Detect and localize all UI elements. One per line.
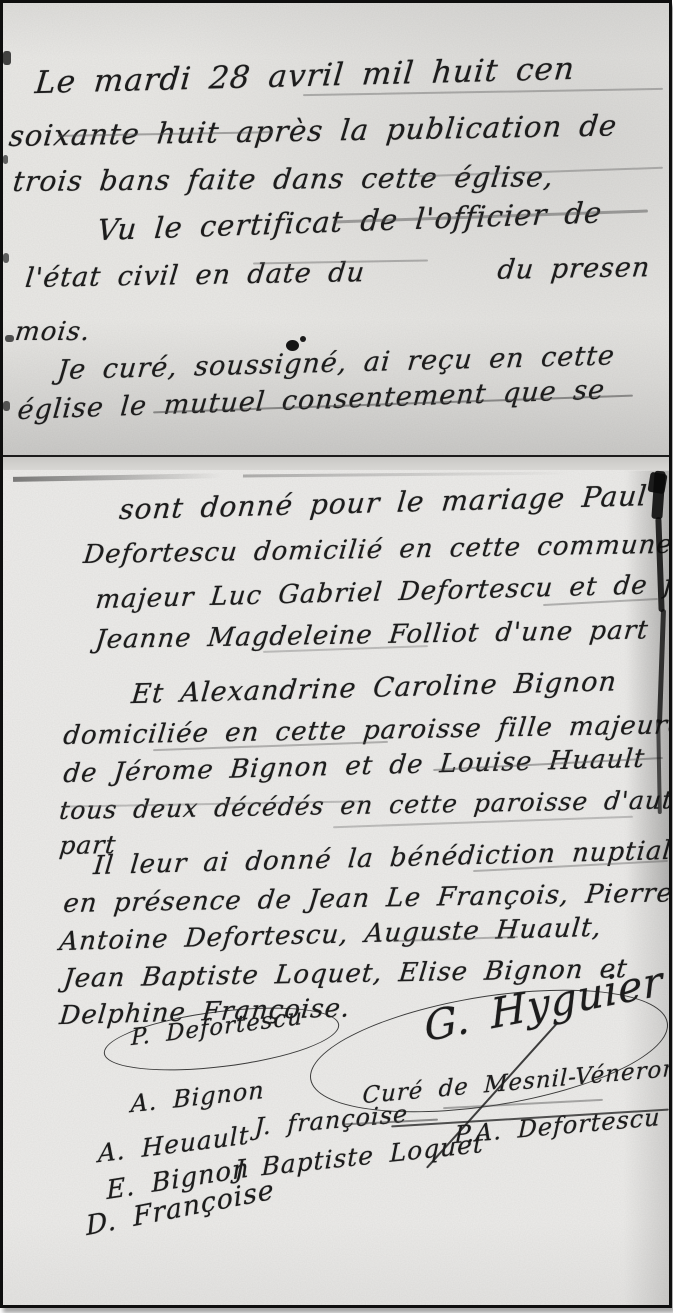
- scan-frame: Le mardi 28 avril mil huit censoixante h…: [0, 0, 672, 1308]
- scanned-marriage-record: Le mardi 28 avril mil huit censoixante h…: [0, 0, 673, 1313]
- handwritten-line: trois bans faite dans cette église,: [11, 160, 556, 198]
- scan-seam: [3, 457, 670, 470]
- handwritten-line: mois.: [13, 317, 92, 347]
